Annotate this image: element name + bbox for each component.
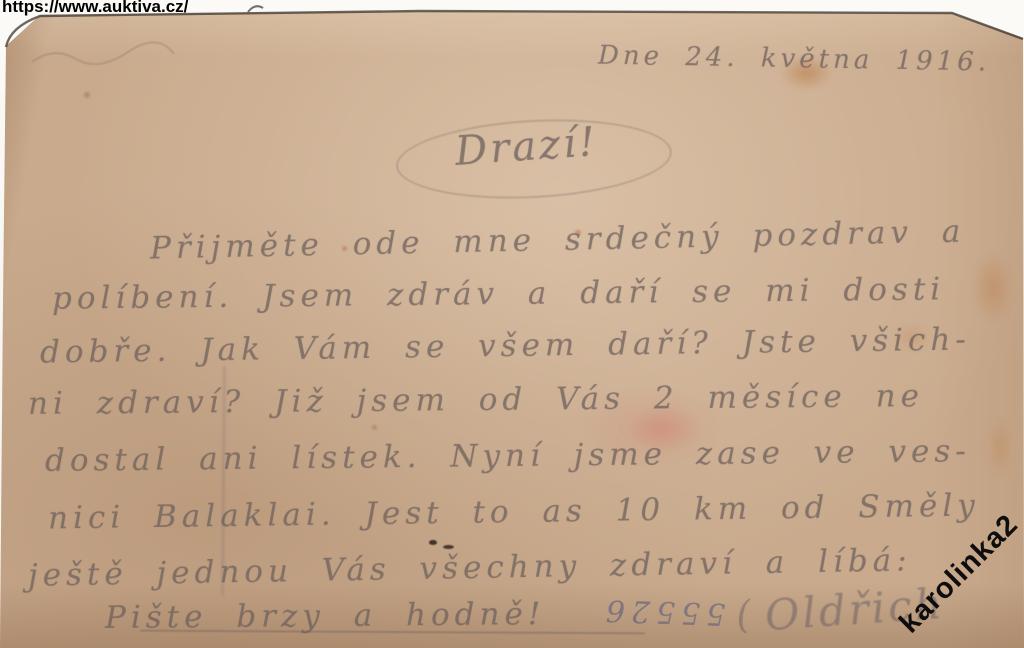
scanned-postcard-photo: https://www.auktiva.cz/ Dne 24. května 1… — [0, 0, 1024, 648]
upside-down-inventory-number: 55526 — [599, 592, 726, 631]
signature-flourish: ( — [735, 592, 753, 637]
edge-nick-mark — [248, 6, 263, 12]
source-url-text: https://www.auktiva.cz/ — [2, 0, 188, 17]
handwritten-line: Pište brzy a hodně! — [105, 596, 546, 636]
